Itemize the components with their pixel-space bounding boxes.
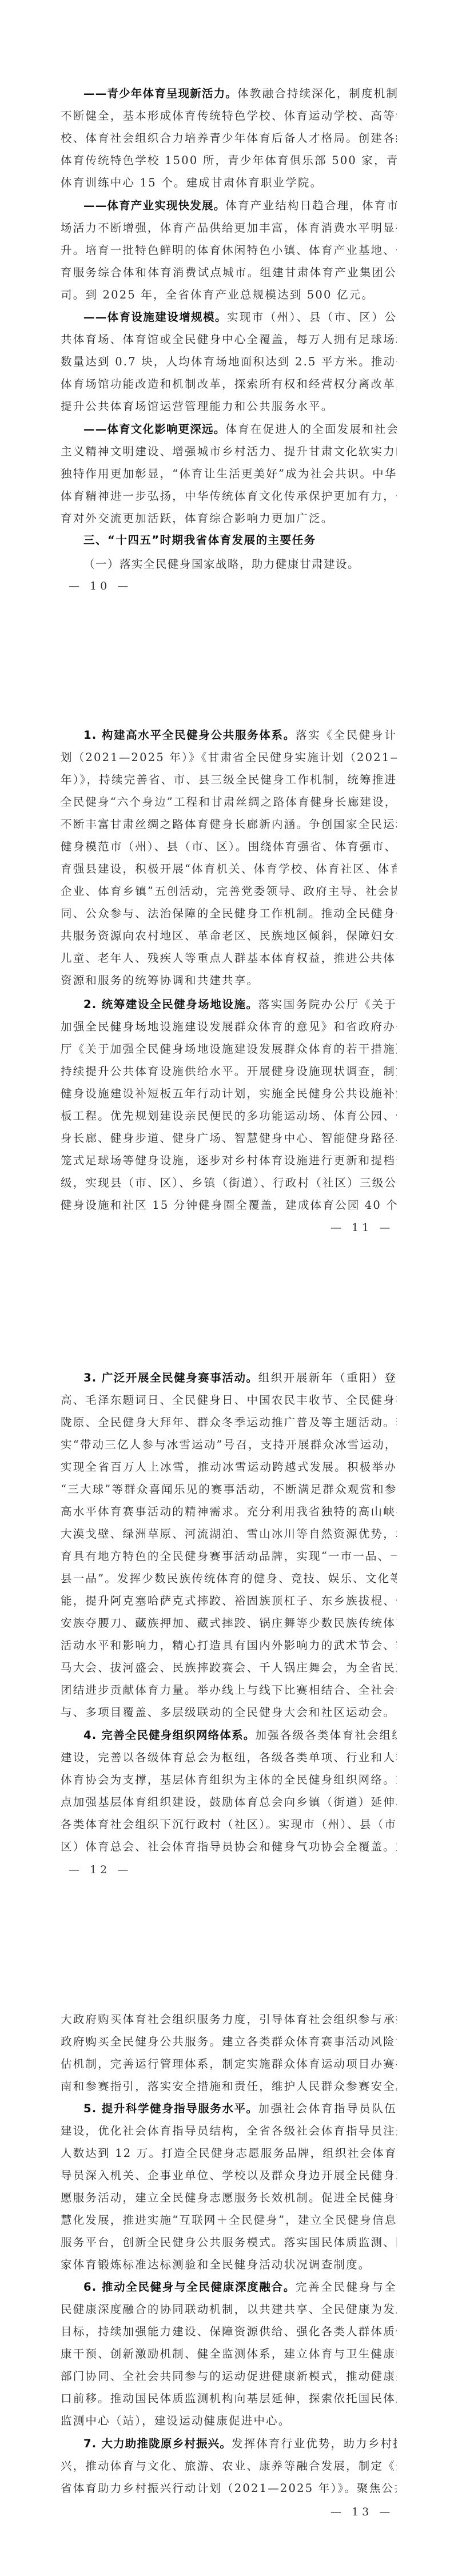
paragraph-line: 愿服务活动，建立全民健身志愿服务长效机制。促进全民健身智	[61, 2187, 397, 2209]
paragraph-line: 6. 推动全民健身与全民健康深度融合。完善全民健身与全	[83, 2276, 397, 2299]
paragraph-line: 共体育场、体育馆或全民健身中心全覆盖，每万人拥有足球场地	[61, 328, 397, 351]
paragraph-line: 厅《关于加强全民健身场地设施建设发展群众体育的若干措施》，	[61, 1038, 397, 1061]
bold-lead: ——体育文化影响更深远。	[83, 423, 225, 436]
paragraph-line: 划（2021—2025 年）》《甘肃省全民健身实施计划（2021—2025	[61, 746, 397, 769]
paragraph-line: 育服务综合体和体育消费试点城市。组建甘肃体育产业集团公	[61, 261, 397, 284]
paragraph-line: 建设，完善以各级体育总会为枢纽，各级各类单项、行业和人群	[61, 1746, 397, 1769]
paragraph-line: 2. 统筹建设全民健身场地设施。落实国务院办公厅《关于	[83, 993, 397, 1016]
paragraph-line: 监测中心（站），建设运动健康促进中心。	[61, 2410, 397, 2432]
bold-lead: 1. 构建高水平全民健身公共服务体系。	[83, 728, 296, 742]
paragraph-line: 与、多项目覆盖、多层级联动的全民健身大会和社区运动会。	[61, 1701, 397, 1724]
paragraph-line: 体育训练中心 15 个。建成甘肃体育职业学院。	[61, 172, 397, 194]
paragraph-line: 体育协会为支撑，基层体育组织为主体的全民健身组织网络。重	[61, 1769, 397, 1791]
paragraph-line: 主义精神文明建设、增强城市乡村活力、提升甘肃文化软实力的	[61, 440, 397, 463]
paragraph-line: 1. 构建高水平全民健身公共服务体系。落实《全民健身计	[83, 724, 397, 747]
paragraph-line: 7. 大力助推陇原乡村振兴。发挥体育行业优势，助力乡村振	[83, 2432, 397, 2455]
paragraph-line: 笼式足球场等健身设施，逐步对乡村体育设施进行更新和提档升	[61, 1149, 397, 1172]
paragraph-line: 身长廊、健身步道、健身广场、智慧健身中心、智能健身路径、	[61, 1127, 397, 1150]
paragraph-line: 民健康深度融合的协同联动机制，以共建共享、全民健康为发展	[61, 2298, 397, 2321]
page-number: — 10 —	[69, 578, 132, 595]
paragraph-line: 陇原、全民健身大拜年、群众冬季运动推广普及等主题活动。落	[61, 1411, 397, 1434]
paragraph-line: 高、毛泽东题词日、全民健身日、中国农民丰收节、全民健身在	[61, 1389, 397, 1412]
paragraph-line: 持续提升公共体育设施供给水平。开展健身设施现状调查，制定	[61, 1060, 397, 1083]
paragraph-line: 人数达到 12 万。打造全民健身志愿服务品牌，组织社会体育指	[61, 2142, 397, 2165]
paragraph-line: 不断健全，基本形成体育传统特色学校、体育运动学校、高等学	[61, 105, 397, 128]
paragraph-line: 体育传统特色学校 1500 所，青少年体育俱乐部 500 家，青少年	[61, 149, 397, 172]
paragraph-line: 康干预、创新激励机制、健全监测体系，建立体育与卫生健康等	[61, 2343, 397, 2366]
paragraph-line: 实“带动三亿人参与冰雪运动”号召，支持开展群众冰雪运动，	[61, 1434, 397, 1456]
paragraph-line: 目标，持续加强能力建设、保障资源供给、强化各类人群体质健	[61, 2320, 397, 2343]
paragraph-line: “三大球”等群众喜闻乐见的赛事活动，不断满足群众观赏和参与	[61, 1478, 397, 1501]
paragraph-line: 育强县建设，积极开展“体育机关、体育学校、体育社区、体育	[61, 858, 397, 881]
paragraph-line: 安族夺腰刀、藏族押加、藏式摔跤、锅庄舞等少数民族传统体育	[61, 1612, 397, 1635]
paragraph-line: 南和参赛指引，落实安全措施和责任，维护人民群众参赛安全。	[61, 2075, 397, 2098]
paragraph-line: 体育场馆功能改造和机制改革，探索所有权和经营权分离改革，	[61, 373, 397, 396]
paragraph-line: ——体育设施建设增规模。实现市（州）、县（市、区）公	[83, 306, 397, 329]
paragraph-line: 4. 完善全民健身组织网络体系。加强各级各类体育社会组织	[83, 1724, 397, 1747]
paragraph-line: 县一品”。发挥少数民族传统体育的健身、竞技、娱乐、文化等功	[61, 1567, 397, 1590]
paragraph-line: 育对外交流更加活跃，体育综合影响力更加广泛。	[61, 507, 397, 530]
paragraph-line: 体育精神进一步弘扬，中华传统体育文化传承保护更加有力，体	[61, 485, 397, 508]
page-number: — 11 —	[330, 1219, 393, 1236]
paragraph-line: 企业、体育乡镇”五创活动，完善党委领导、政府主导、社会协	[61, 880, 397, 903]
paragraph-line: 司。到 2025 年，全省体育产业总规模达到 500 亿元。	[61, 284, 397, 306]
paragraph-line: 部门协同、全社会共同参与的运动促进健康新模式，推动健康关	[61, 2365, 397, 2388]
paragraph-line: ——体育产业实现快发展。体育产业结构日趋合理，体育市	[83, 194, 397, 217]
paragraph-line: 导员深入机关、企事业单位、学校以及群众身边开展全民健身志	[61, 2164, 397, 2187]
bold-lead: 5. 提升科学健身指导服务水平。	[83, 2102, 258, 2115]
paragraph-line: 健身设施和社区 15 分钟健身圈全覆盖，建成体育公园 40 个。	[61, 1194, 397, 1217]
paragraph-line: 健身设施建设补短板五年行动计划，实施全民健身公共设施补短	[61, 1082, 397, 1105]
section-heading: 三、“十四五”时期我省体育发展的主要任务	[83, 529, 316, 552]
paragraph-line: 校、体育社会组织合力培养青少年体育后备人才格局。创建各级	[61, 127, 397, 150]
paragraph-line: 团结进步贡献体育力量。举办线上与线下比赛相结合、全社会参	[61, 1679, 397, 1702]
paragraph-line: 兴，推动体育与文化、旅游、农业、康养等融合发展，制定《全	[61, 2455, 397, 2478]
paragraph-line: 级，实现县（市、区）、乡镇（街道）、行政村（社区）三级公共	[61, 1172, 397, 1195]
paragraph-line: 实现全省百万人上冰雪，推动冰雪运动跨越式发展。积极举办	[61, 1456, 397, 1479]
bold-lead: ——体育产业实现快发展。	[83, 199, 225, 212]
paragraph-line: 各类体育社会组织下沉行政村（社区）。实现市（州）、县（市、	[61, 1813, 397, 1836]
paragraph-line: 大漠戈壁、绿洲草原、河流湖泊、雪山冰川等自然资源优势，培	[61, 1523, 397, 1546]
paragraph-line: 省体育助力乡村振兴行动计划（2021—2025 年）》。聚焦公共体育	[61, 2477, 397, 2500]
paragraph-line: 提升公共体育场馆运营管理能力和公共服务水平。	[61, 395, 397, 418]
paragraph-line: 育具有地方特色的全民健身赛事活动品牌，实现“一市一品、一	[61, 1545, 397, 1568]
bold-lead: 7. 大力助推陇原乡村振兴。	[83, 2437, 232, 2450]
paragraph-line: 场活力不断增强，体育产品供给更加丰富，体育消费水平明显提	[61, 217, 397, 240]
paragraph-line: 慧化发展，推进实施“互联网＋全民健身”，建立全民健身信息	[61, 2209, 397, 2232]
paragraph-line: 能，提升阿克塞哈萨克式摔跤、裕固族顶杠子、东乡族拔棍、保	[61, 1590, 397, 1613]
paragraph-line: 估机制，完善运行管理体系，制定实施群众体育运动项目办赛指	[61, 2053, 397, 2076]
paragraph-line: 独特作用更加彰显，“体育让生活更美好”成为社会共识。中华	[61, 463, 397, 485]
paragraph-line: 政府购买全民健身公共服务。建立各类群众体育赛事活动风险评	[61, 2030, 397, 2053]
paragraph-line: 资源和服务的统筹协调和共建共享。	[61, 969, 397, 992]
bold-lead: 3. 广泛开展全民健身赛事活动。	[83, 1371, 258, 1384]
paragraph-line: 加强全民健身场地设施建设发展群众体育的意见》和省政府办公	[61, 1016, 397, 1038]
paragraph-line: 板工程。优先规划建设亲民便民的多功能运动场、体育公园、健	[61, 1105, 397, 1128]
paragraph-line: 同、公众参与、法治保障的全民健身工作机制。推动全民健身公	[61, 902, 397, 925]
paragraph-line: 年）》，持续完善省、市、县三级全民健身工作机制，统筹推进	[61, 769, 397, 791]
page-number: — 13 —	[330, 2503, 393, 2521]
page-number: — 12 —	[69, 1861, 132, 1878]
bold-lead: 4. 完善全民健身组织网络体系。	[83, 1729, 255, 1742]
paragraph-line: 服务平台，创新全民健身公共服务模式。落实国民体质监测、国	[61, 2231, 397, 2254]
paragraph-line: 区）体育总会、社会体育指导员协会和健身气功协会全覆盖。加	[61, 1836, 397, 1858]
bold-lead: 2. 统筹建设全民健身场地设施。	[83, 998, 258, 1011]
paragraph-line: 数量达到 0.7 块，人均体育场地面积达到 2.5 平方米。推动公共	[61, 351, 397, 373]
bold-lead: 6. 推动全民健身与全民健康深度融合。	[83, 2280, 296, 2294]
paragraph-line: 全民健身“六个身边”工程和甘肃丝绸之路体育健身长廊建设，	[61, 791, 397, 814]
paragraph-line: 点加强基层体育组织建设，鼓励体育总会向乡镇（街道）延伸、	[61, 1791, 397, 1814]
paragraph-line: 口前移。推动国民体质监测机构向基层延伸，探索依托国民体质	[61, 2387, 397, 2410]
paragraph-line: ——体育文化影响更深远。体育在促进人的全面发展和社会	[83, 418, 397, 441]
paragraph-line: 5. 提升科学健身指导服务水平。加强社会体育指导员队伍	[83, 2097, 397, 2120]
paragraph-line: 大政府购买体育社会组织服务力度，引导体育社会组织参与承接	[61, 2008, 397, 2031]
bold-lead: ——体育设施建设增规模。	[83, 310, 227, 324]
subsection-heading: （一）落实全民健身国家战略，助力健康甘肃建设。	[83, 553, 360, 576]
bold-lead: ——青少年体育呈现新活力。	[83, 87, 237, 100]
paragraph-line: 不断丰富甘肃丝绸之路体育健身长廊新内涵。争创国家全民运动	[61, 813, 397, 836]
paragraph-line: 高水平体育赛事活动的精神需求。充分利用我省独特的高山峡谷、	[61, 1500, 397, 1523]
paragraph-line: 活动水平和影响力，精心打造具有国内外影响力的武术节会、赛	[61, 1634, 397, 1657]
paragraph-line: 儿童、老年人、残疾人等重点人群基本体育权益，推进公共体育	[61, 947, 397, 970]
paragraph-line: 升。培育一批特色鲜明的体育休闲特色小镇、体育产业基地、体	[61, 239, 397, 262]
paragraph-line: 建设，优化社会体育指导员结构，全省各级社会体育指导员注册	[61, 2120, 397, 2143]
paragraph-line: 3. 广泛开展全民健身赛事活动。组织开展新年（重阳）登	[83, 1367, 397, 1389]
paragraph-line: ——青少年体育呈现新活力。体教融合持续深化，制度机制	[83, 82, 397, 105]
paragraph-line: 家体育锻炼标准达标测验和全民健身活动状况调查制度。	[61, 2253, 397, 2276]
paragraph-line: 共服务资源向农村地区、革命老区、民族地区倾斜，保障妇女、	[61, 925, 397, 947]
paragraph-line: 马大会、拔河盛会、民族摔跤赛会、千人锅庄舞会，为全省民族	[61, 1657, 397, 1679]
paragraph-line: 健身模范市（州）、县（市、区）。围绕体育强省、体育强市、体	[61, 835, 397, 858]
